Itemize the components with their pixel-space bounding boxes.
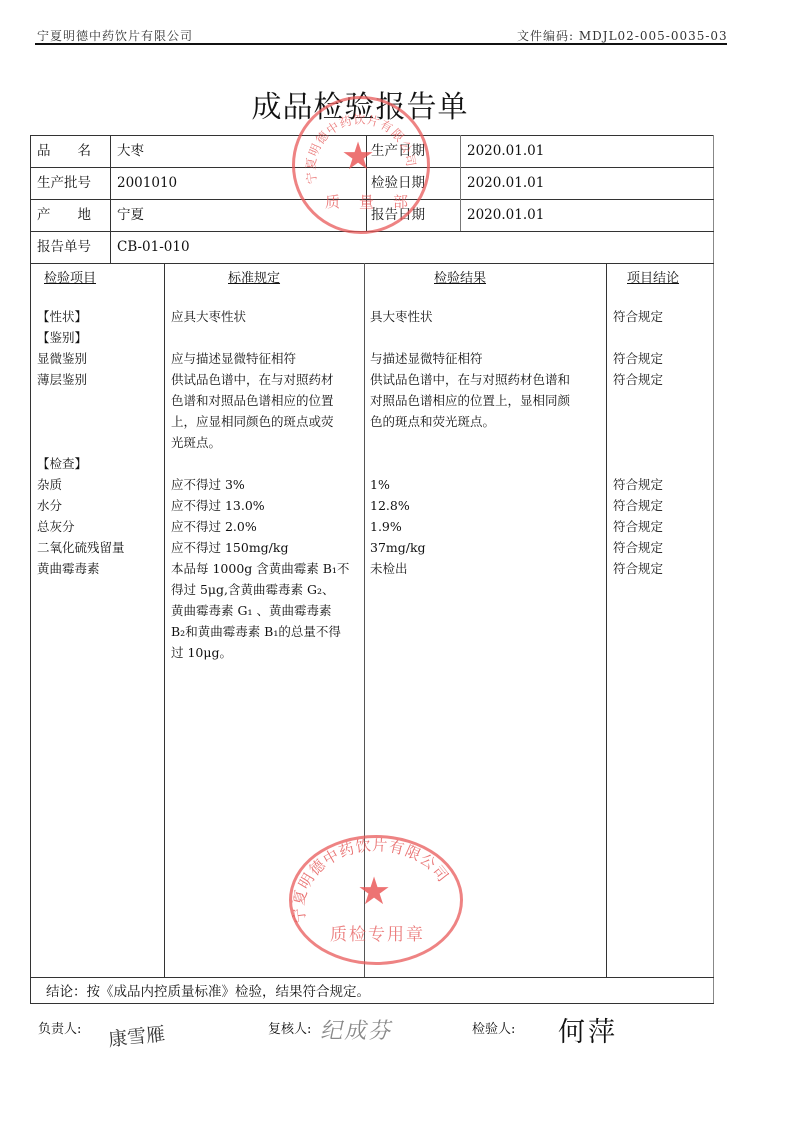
inspector-label: 检验人: [472, 1018, 515, 1037]
row-standard: B₂和黄曲霉毒素 B₁的总量不得 [171, 621, 341, 642]
company-header: 宁夏明德中药饮片有限公司 [37, 27, 193, 44]
row-standard: 应与描述显微特征相符 [171, 348, 296, 369]
row-standard: 应不得过 3% [171, 474, 245, 495]
production-date-value: 2020.01.01 [467, 143, 544, 159]
row-standard: 应不得过 13.0% [171, 495, 265, 516]
row-conclusion: 符合规定 [613, 369, 663, 390]
row-standard: 应不得过 150mg/kg [171, 537, 288, 558]
row-standard: 上，应显相同颜色的斑点或荧 [171, 411, 334, 432]
row-conclusion: 符合规定 [613, 306, 663, 327]
batch-label: 生产批号 [37, 175, 91, 191]
origin-label: 产 地 [37, 207, 91, 223]
row-result: 1% [370, 474, 390, 495]
section-appearance: 【性状】 [37, 306, 87, 327]
row-item: 水分 [37, 495, 62, 516]
qc-seal-stamp: 宁夏明德中药饮片有限公司 ★ 质检专用章 [289, 835, 463, 965]
row-conclusion: 符合规定 [613, 348, 663, 369]
row-standard: 得过 5μg,含黄曲霉毒素 G₂、 [171, 579, 335, 600]
row-standard: 应具大枣性状 [171, 306, 246, 327]
header-rule [35, 43, 727, 45]
row-standard: 过 10μg。 [171, 642, 232, 663]
row-conclusion: 符合规定 [613, 495, 663, 516]
row-item: 杂质 [37, 474, 62, 495]
row-standard: 色谱和对照品色谱相应的位置 [171, 390, 334, 411]
inspector-signature: 何萍 [558, 1010, 618, 1049]
column-header-result: 检验结果 [434, 267, 486, 286]
row-item: 总灰分 [37, 516, 75, 537]
row-result: 未检出 [370, 558, 408, 579]
reviewer-signature: 纪成芬 [319, 1014, 398, 1045]
row-conclusion: 符合规定 [613, 474, 663, 495]
origin-value: 宁夏 [117, 207, 144, 223]
row-standard: 黄曲霉毒素 G₁ 、黄曲霉毒素 [171, 600, 331, 621]
column-header-item: 检验项目 [44, 267, 96, 286]
conclusion-text: 结论：按《成品内控质量标准》检验，结果符合规定。 [46, 984, 370, 1000]
row-conclusion: 符合规定 [613, 537, 663, 558]
page-title: 成品检验报告单 [0, 82, 720, 126]
row-conclusion: 符合规定 [613, 558, 663, 579]
column-header-conclusion: 项目结论 [627, 267, 679, 286]
report-no-label: 报告单号 [37, 239, 91, 255]
reviewer-label: 复核人: [268, 1018, 311, 1037]
row-result: 色的斑点和荧光斑点。 [370, 411, 495, 432]
row-item: 薄层鉴别 [37, 369, 87, 390]
svg-text:宁夏明德中药饮片有限公司: 宁夏明德中药饮片有限公司 [292, 838, 453, 924]
document-code: 文件编码: MDJL02-005-0035-03 [517, 27, 728, 44]
row-standard: 供试品色谱中，在与对照药材 [171, 369, 334, 390]
section-identification: 【鉴别】 [37, 327, 87, 348]
section-examination: 【检查】 [37, 453, 87, 474]
report-no-value: CB-01-010 [117, 239, 190, 255]
production-date-label: 生产日期 [371, 143, 425, 159]
row-result: 具大枣性状 [370, 306, 433, 327]
row-item: 二氧化硫残留量 [37, 537, 125, 558]
star-icon: ★ [341, 137, 375, 175]
report-date-label: 报告日期 [371, 207, 425, 223]
column-header-standard: 标准规定 [228, 267, 280, 286]
inspection-date-label: 检验日期 [371, 175, 425, 191]
row-result: 与描述显微特征相符 [370, 348, 483, 369]
row-standard: 应不得过 2.0% [171, 516, 257, 537]
product-name-value: 大枣 [117, 143, 144, 159]
star-icon: ★ [357, 872, 391, 910]
responsible-signature: 康雪雁 [107, 1019, 167, 1052]
stamp-seal-text: 质检专用章 [330, 920, 425, 945]
row-result: 37mg/kg [370, 537, 426, 558]
batch-value: 2001010 [117, 175, 177, 191]
inspection-date-value: 2020.01.01 [467, 175, 544, 191]
row-item: 显微鉴别 [37, 348, 87, 369]
row-item: 黄曲霉毒素 [37, 558, 100, 579]
row-result: 对照品色谱相应的位置上，显相同颜 [370, 390, 570, 411]
row-result: 供试品色谱中，在与对照药材色谱和 [370, 369, 570, 390]
product-name-label: 品 名 [37, 143, 91, 159]
responsible-label: 负责人: [38, 1018, 81, 1037]
row-result: 12.8% [370, 495, 410, 516]
row-standard: 光斑点。 [171, 432, 221, 453]
report-date-value: 2020.01.01 [467, 207, 544, 223]
row-standard: 本品每 1000g 含黄曲霉素 B₁不 [171, 558, 349, 579]
stamp-ring-text-icon: 宁夏明德中药饮片有限公司 [292, 838, 460, 962]
row-conclusion: 符合规定 [613, 516, 663, 537]
row-result: 1.9% [370, 516, 402, 537]
